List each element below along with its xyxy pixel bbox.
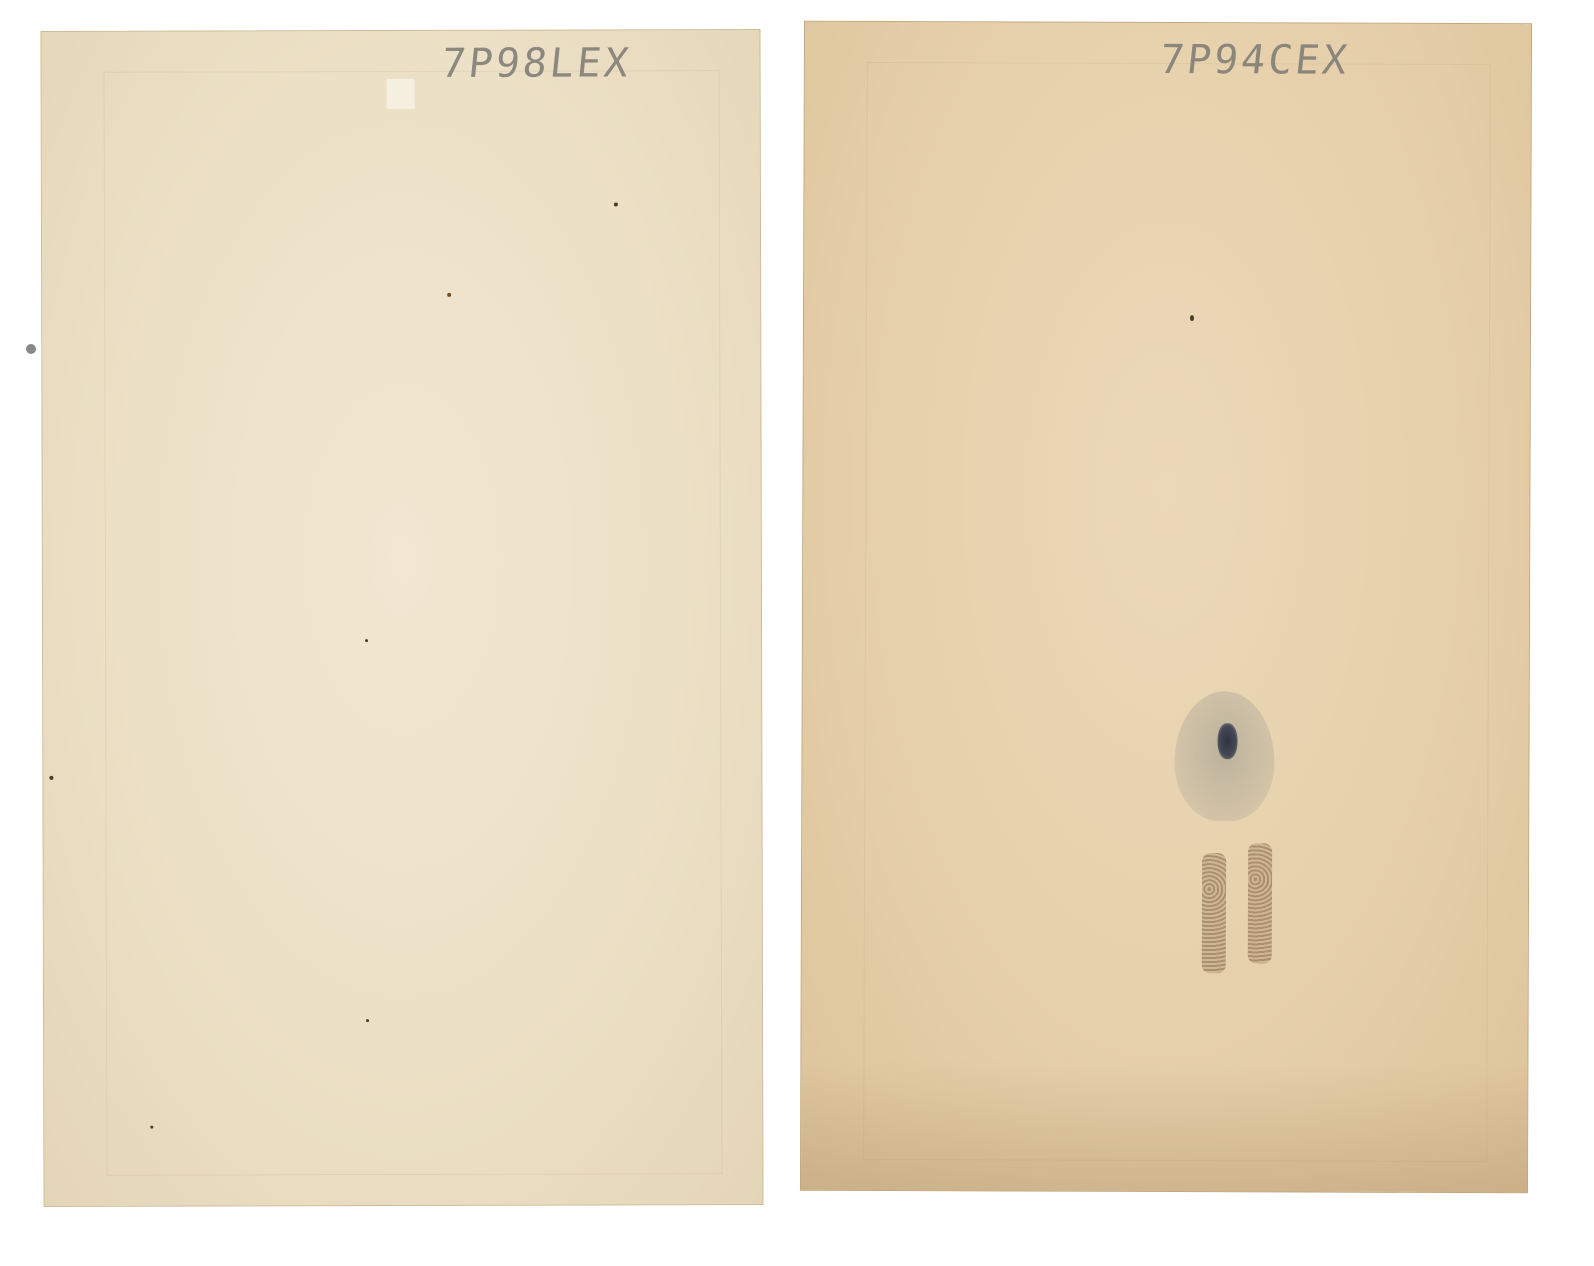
bottom-edge-grime xyxy=(801,1060,1527,1193)
scan-speck xyxy=(26,344,36,354)
foxing-spot xyxy=(447,293,451,297)
foxing-spot xyxy=(366,1019,369,1022)
card-border-frame xyxy=(863,62,1491,1162)
foxing-spot xyxy=(365,639,368,642)
foxing-spot xyxy=(49,776,53,780)
card-border-frame xyxy=(104,70,723,1176)
stain-drip xyxy=(1248,843,1272,963)
foxing-spot xyxy=(614,202,618,206)
pencil-label: 7P98LEX xyxy=(439,40,633,87)
foxing-spot xyxy=(1190,315,1194,321)
right-card-back: 7P94CEX xyxy=(800,21,1532,1194)
pencil-label: 7P94CEX xyxy=(1157,37,1352,84)
left-card-back: 7P98LEX xyxy=(40,29,763,1207)
stain-drip xyxy=(1202,853,1226,973)
stain-dark-core xyxy=(1217,723,1237,759)
tape-residue xyxy=(387,79,415,109)
foxing-spot xyxy=(150,1126,153,1129)
